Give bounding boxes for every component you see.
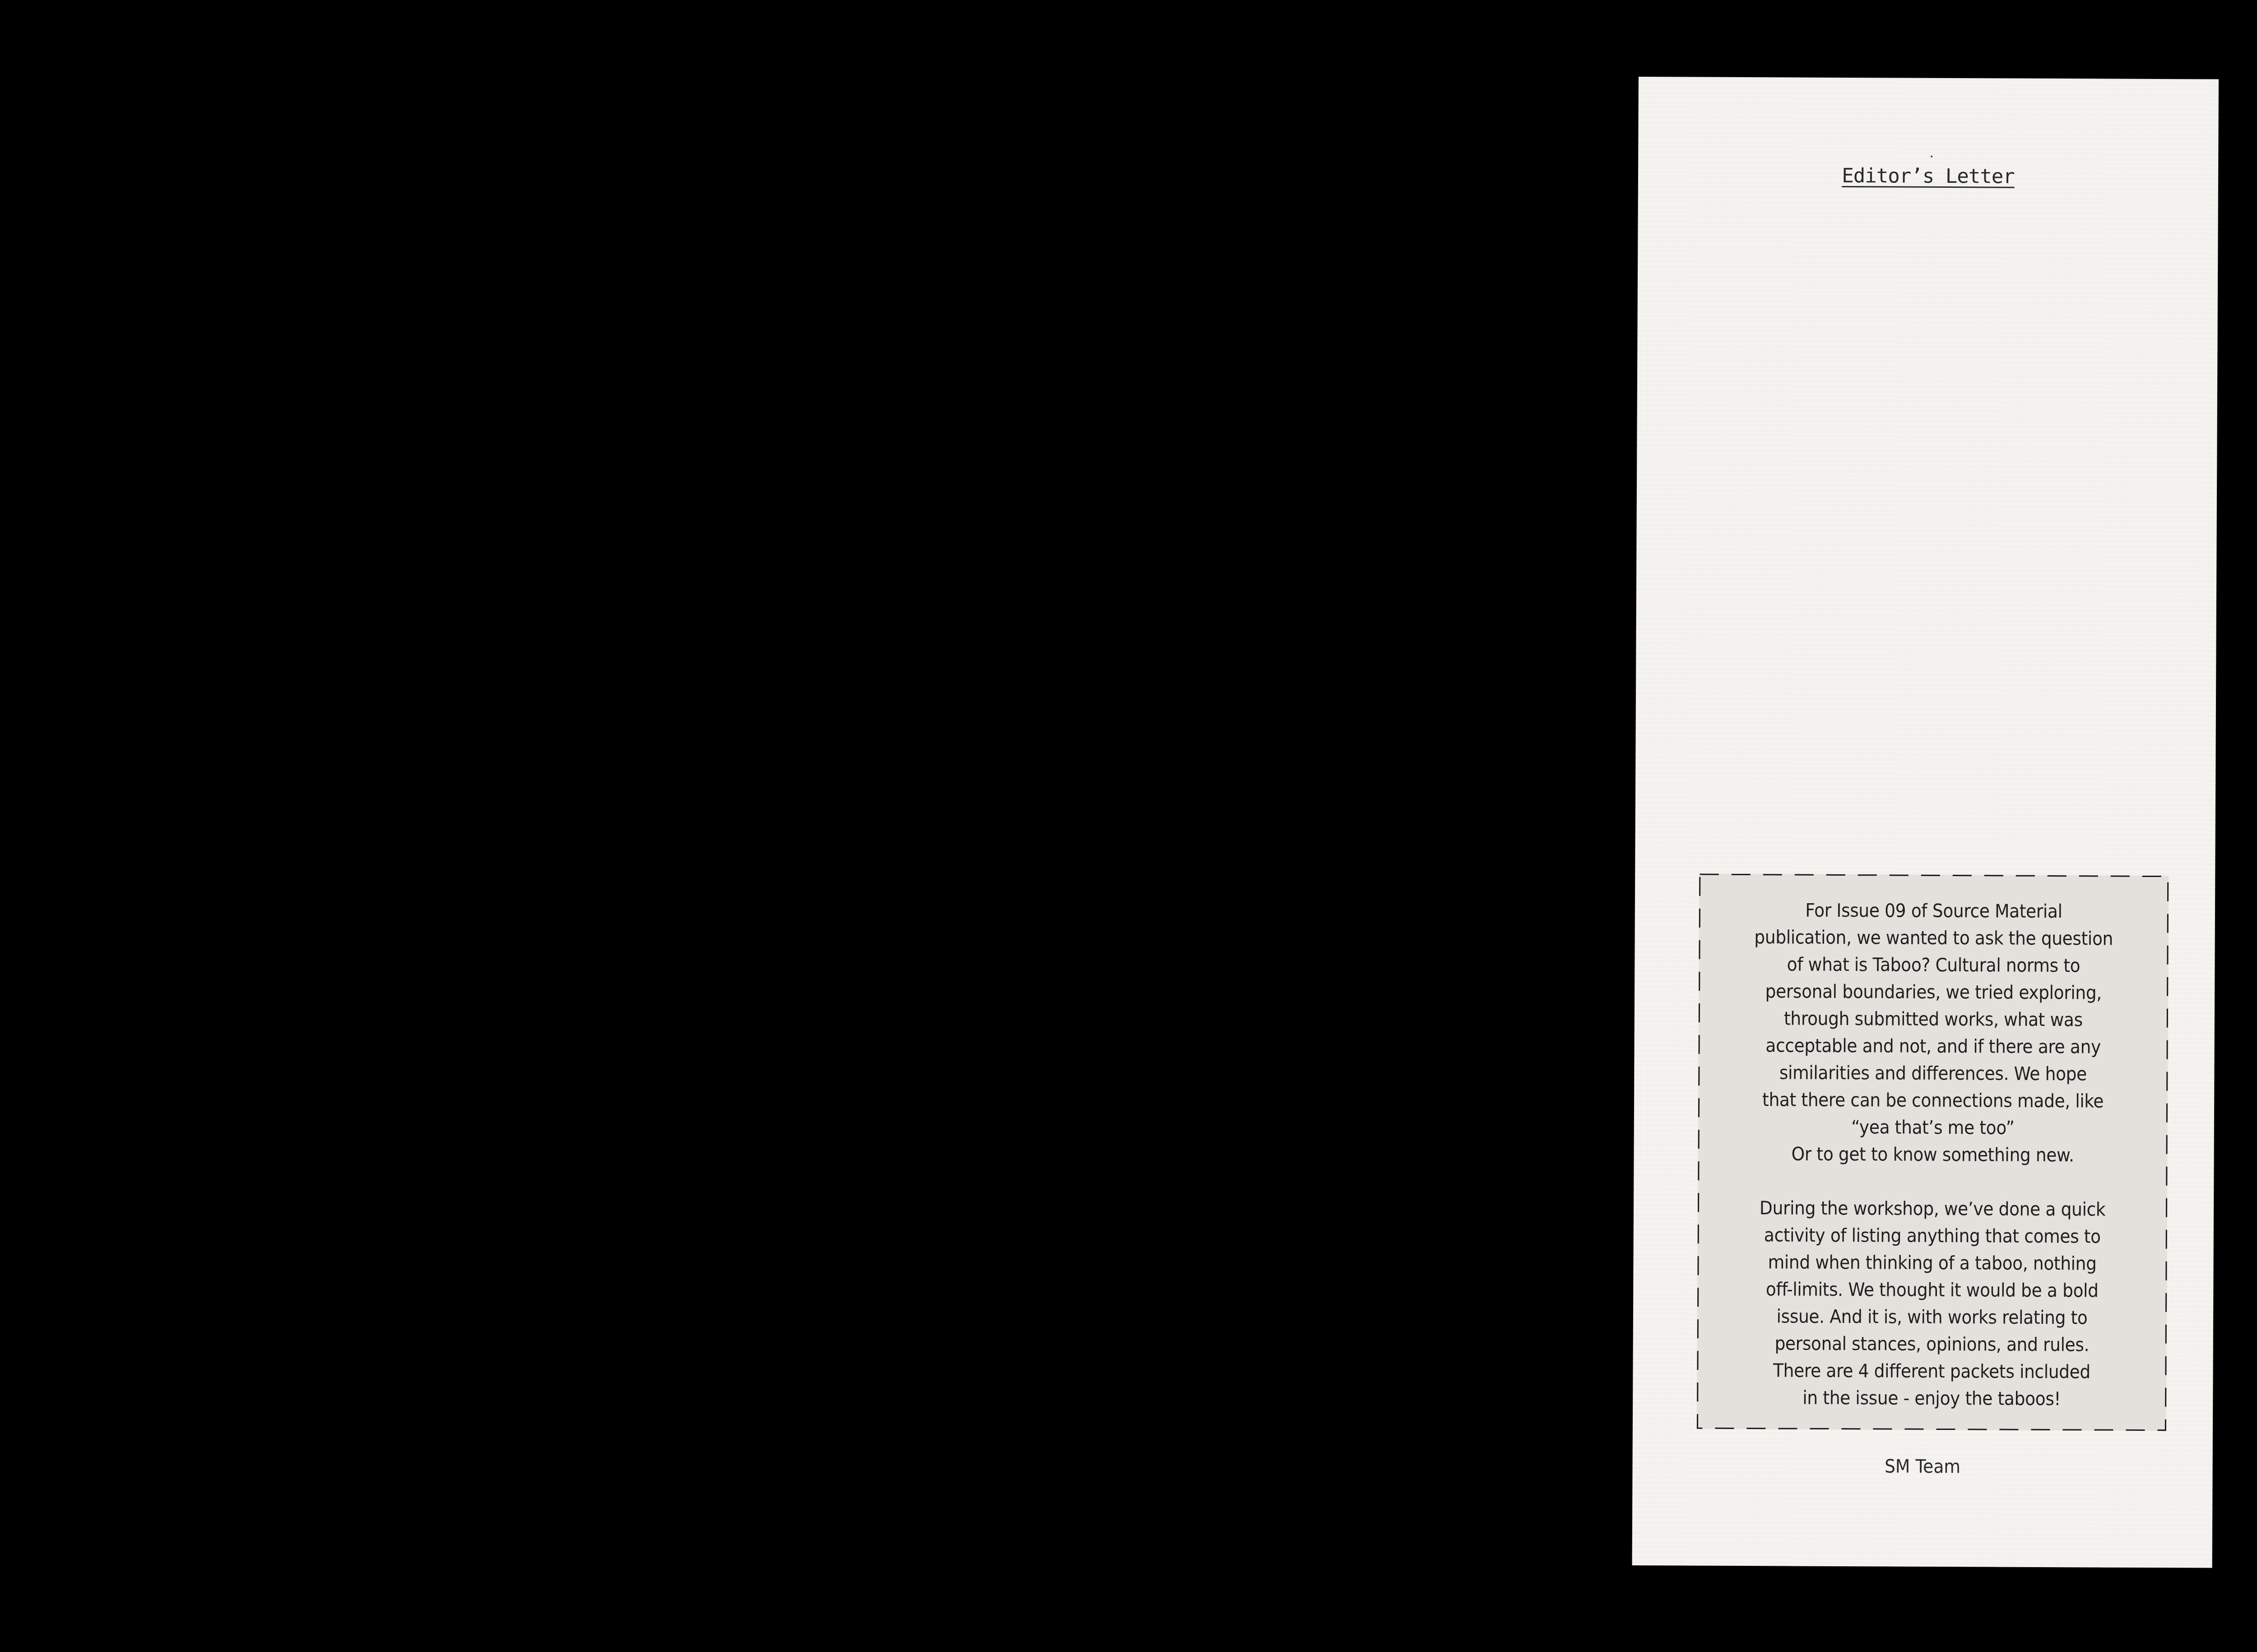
page-title: Editor’s Letter: [1638, 163, 2218, 189]
title-text: Editor’s Letter: [1842, 164, 2015, 188]
signature: SM Team: [1656, 1454, 2189, 1478]
paper-speck: [1931, 156, 1932, 158]
letter-box: For Issue 09 of Source Material publicat…: [1697, 874, 2169, 1431]
letter-paragraph-1: For Issue 09 of Source Material publicat…: [1733, 896, 2133, 1169]
letter-paragraph-2: During the workshop, we’ve done a quick …: [1732, 1194, 2132, 1413]
paper-sheet: Editor’s Letter For Issue 09 of Source M…: [1632, 77, 2219, 1568]
letter-body: For Issue 09 of Source Material publicat…: [1732, 896, 2133, 1413]
